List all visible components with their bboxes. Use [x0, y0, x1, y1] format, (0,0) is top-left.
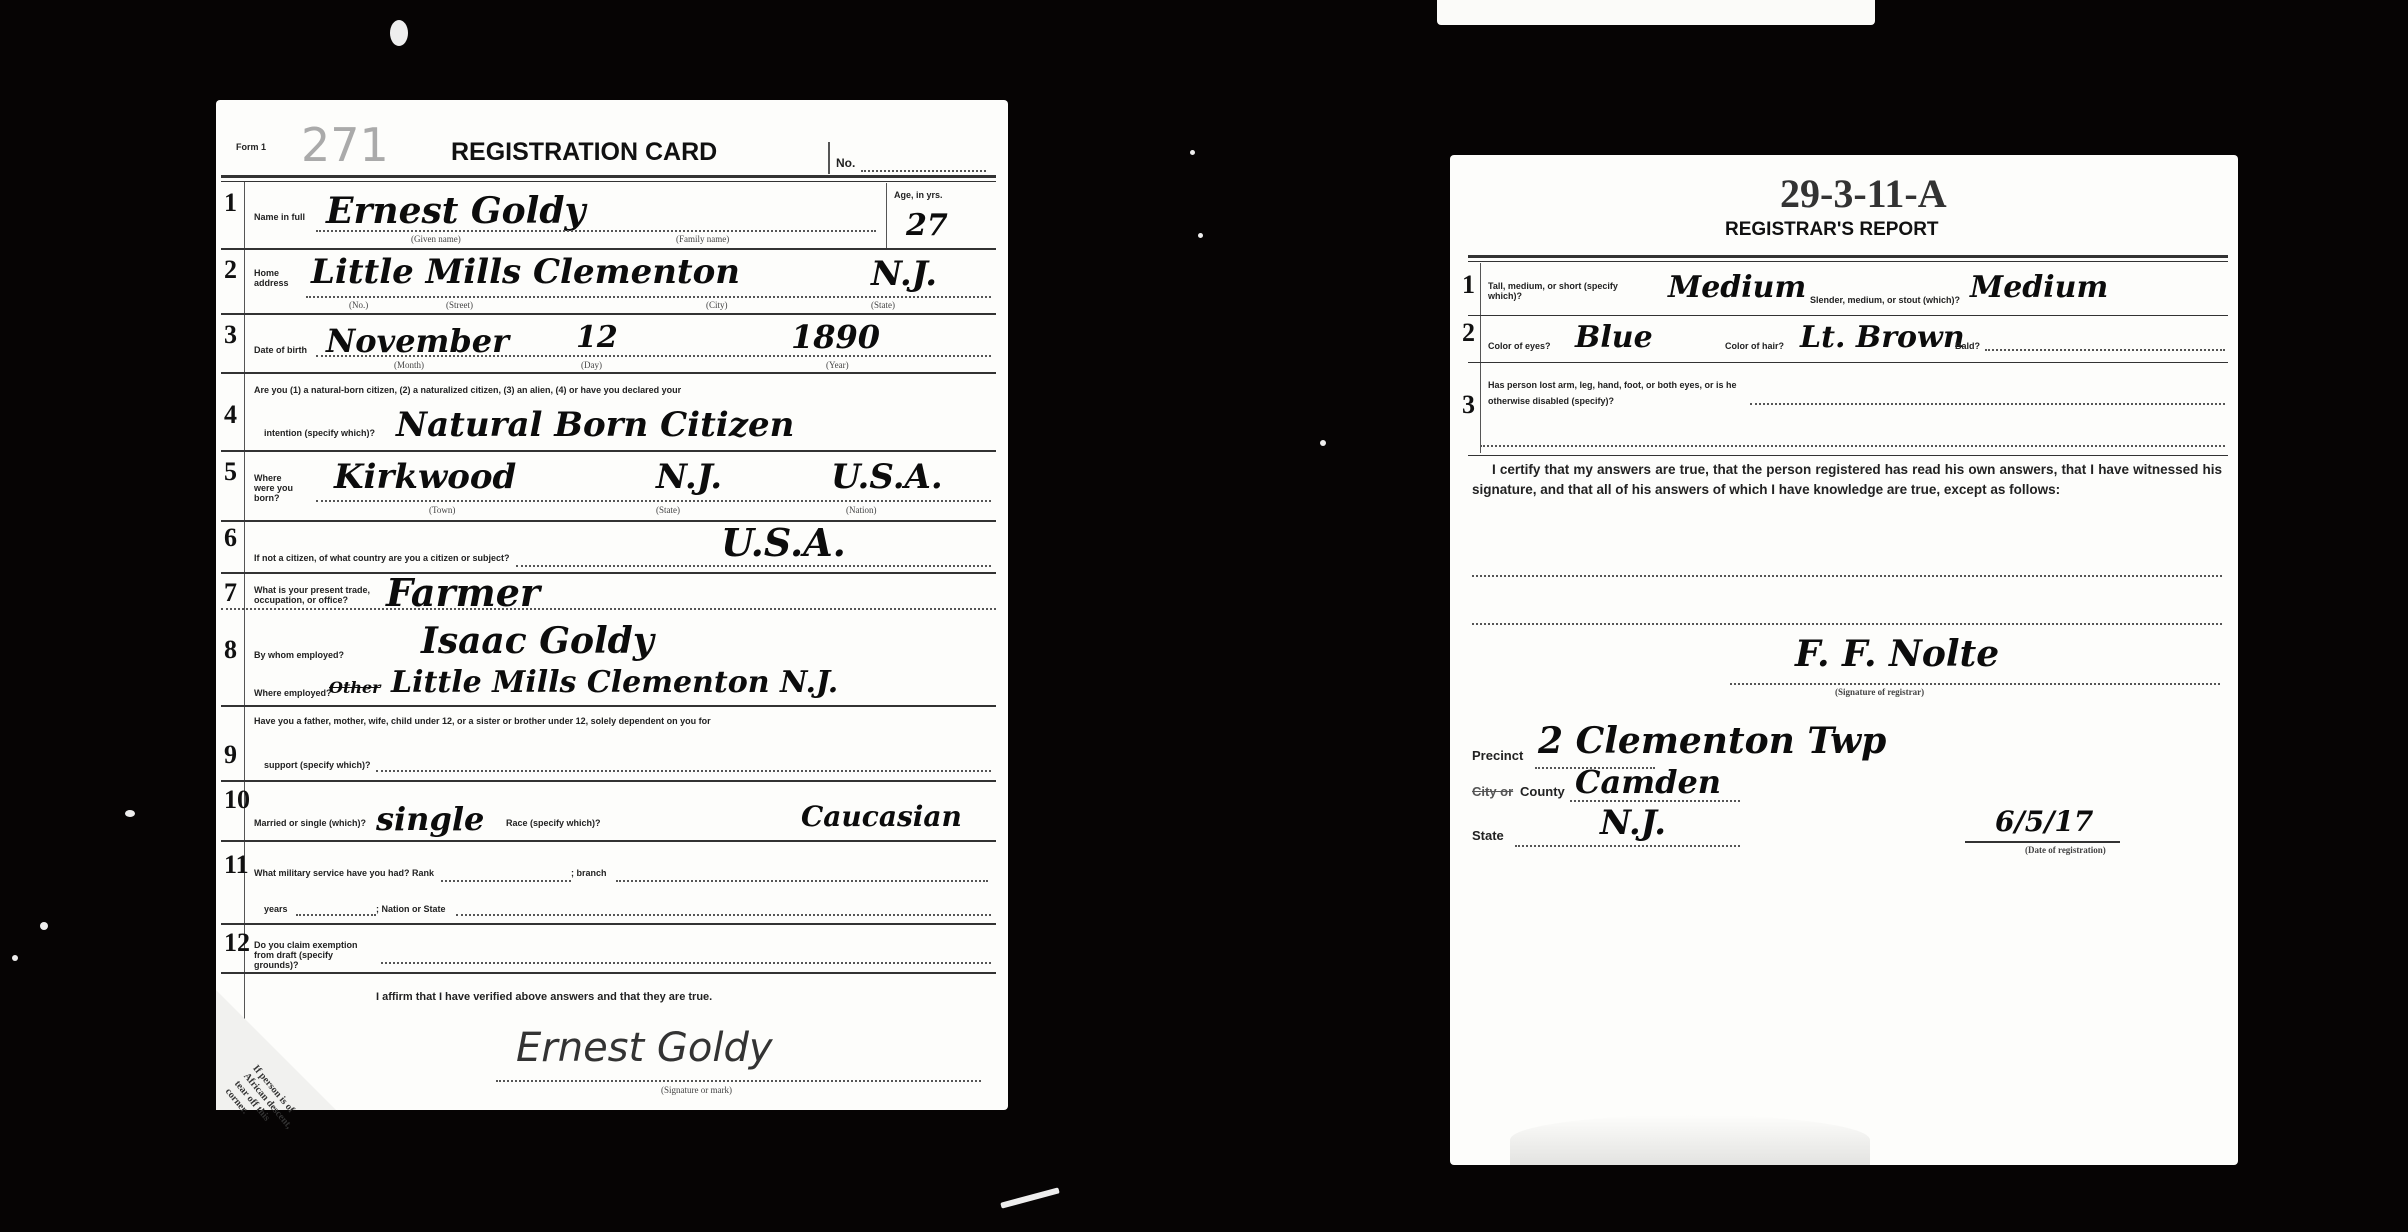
- home-address-label: Home address: [254, 268, 294, 288]
- town-caption: (Town): [429, 505, 455, 515]
- dob-year-value: 1890: [791, 318, 880, 356]
- county-value: Camden: [1575, 763, 1721, 801]
- occupation-label: What is your present trade, occupation, …: [254, 585, 394, 605]
- registrant-signature: Ernest Goldy: [516, 1025, 773, 1071]
- hair-color-label: Color of hair?: [1725, 341, 1784, 351]
- name-value: Ernest Goldy: [326, 190, 585, 232]
- birth-town-value: Kirkwood: [334, 457, 516, 497]
- military-branch-label: ; branch: [571, 868, 607, 878]
- card-title: REGISTRATION CARD: [451, 138, 717, 167]
- state-caption: (State): [871, 300, 895, 310]
- home-address-value: Little Mills Clementon: [311, 252, 740, 292]
- intention-label: intention (specify which)?: [264, 428, 375, 438]
- citizenship-value: Natural Born Citizen: [396, 405, 794, 445]
- row-number: 5: [224, 457, 237, 487]
- state-label: State: [1472, 831, 1504, 841]
- military-rank-label: What military service have you had? Rank: [254, 868, 434, 878]
- support-label: support (specify which)?: [264, 760, 371, 770]
- build-value: Medium: [1970, 270, 2108, 305]
- city-caption: (City): [706, 300, 728, 310]
- bald-label: Bald?: [1955, 341, 1980, 351]
- film-speck: [40, 922, 48, 930]
- exemption-label: Do you claim exemption from draft (speci…: [254, 940, 374, 970]
- day-caption: (Day): [581, 360, 602, 370]
- row-number: 6: [224, 523, 237, 553]
- film-speck: [12, 955, 18, 961]
- row-number: 12: [224, 928, 250, 958]
- row-number: 8: [224, 635, 237, 665]
- number-label: No.: [836, 158, 855, 168]
- registrar-caption: (Signature of registrar): [1835, 687, 1924, 697]
- precinct-label: Precinct: [1472, 751, 1523, 761]
- scan-smudge: [1510, 1115, 1870, 1165]
- country-question: If not a citizen, of what country are yo…: [254, 553, 510, 563]
- employer-label: By whom employed?: [254, 650, 344, 660]
- film-speck: [1198, 233, 1203, 238]
- registration-date-caption: (Date of registration): [2025, 845, 2106, 855]
- adjacent-card-edge: [1437, 0, 1875, 25]
- dob-label: Date of birth: [254, 345, 307, 355]
- nation-caption: (Nation): [846, 505, 877, 515]
- registration-card: Form 1 271 REGISTRATION CARD No. 1 Name …: [216, 100, 1008, 1110]
- country-value: U.S.A.: [721, 520, 846, 565]
- employer-value: Isaac Goldy: [421, 620, 654, 662]
- name-label: Name in full: [254, 212, 305, 222]
- state-value: N.J.: [1600, 803, 1666, 843]
- report-serial: 29-3-11-A: [1780, 170, 1947, 217]
- given-name-caption: (Given name): [411, 234, 461, 244]
- film-speck: [1320, 440, 1326, 446]
- row-number: 3: [224, 320, 237, 350]
- citizenship-question: Are you (1) a natural-born citizen, (2) …: [254, 385, 681, 395]
- registrar-signature: F. F. Nolte: [1795, 633, 1999, 675]
- height-label: Tall, medium, or short (specify which)?: [1488, 281, 1648, 301]
- street-caption: (Street): [446, 300, 473, 310]
- height-value: Medium: [1668, 270, 1806, 305]
- month-caption: (Month): [394, 360, 424, 370]
- row-number: 2: [1462, 318, 1475, 348]
- marital-value: single: [376, 800, 484, 838]
- employment-place-label: Where employed?: [254, 688, 332, 698]
- row-number: 9: [224, 740, 237, 770]
- hair-color-value: Lt. Brown: [1800, 320, 1965, 355]
- row-number: 7: [224, 578, 237, 608]
- affirmation-text: I affirm that I have verified above answ…: [376, 992, 712, 1002]
- military-nation-label: ; Nation or State: [376, 904, 446, 914]
- film-speck: [390, 20, 408, 46]
- employment-place-value: Little Mills Clementon N.J.: [391, 665, 838, 700]
- dob-day-value: 12: [576, 320, 618, 355]
- certification-text: I certify that my answers are true, that…: [1472, 460, 2222, 500]
- row-number: 1: [224, 188, 237, 218]
- county-label: County: [1520, 787, 1565, 797]
- form-label: Form 1: [236, 142, 266, 152]
- disability-label: Has person lost arm, leg, hand, foot, or…: [1488, 377, 1768, 409]
- year-caption: (Year): [826, 360, 849, 370]
- film-speck: [1190, 150, 1195, 155]
- serial-pencil: 271: [301, 118, 389, 172]
- film-speck: [125, 810, 135, 817]
- row-number: 11: [224, 850, 249, 880]
- home-state-value: N.J.: [871, 254, 937, 294]
- birthplace-label: Where were you born?: [254, 473, 304, 503]
- registration-date-value: 6/5/17: [1995, 805, 2093, 838]
- row-number: 10: [224, 785, 250, 815]
- city-or-label-struck: City or: [1472, 787, 1513, 797]
- military-years-label: years: [264, 904, 288, 914]
- build-label: Slender, medium, or stout (which)?: [1810, 295, 1960, 305]
- row-number: 3: [1462, 390, 1475, 420]
- report-title: REGISTRAR'S REPORT: [1725, 219, 1939, 241]
- state-caption: (State): [656, 505, 680, 515]
- race-label: Race (specify which)?: [506, 818, 601, 828]
- age-value: 27: [906, 208, 948, 243]
- registrars-report-card: 29-3-11-A REGISTRAR'S REPORT 1 Tall, med…: [1450, 155, 2238, 1165]
- birth-nation-value: U.S.A.: [831, 457, 943, 497]
- struck-text: Other: [329, 678, 381, 697]
- signature-caption: (Signature or mark): [661, 1085, 732, 1095]
- row-number: 2: [224, 255, 237, 285]
- eye-color-value: Blue: [1575, 320, 1653, 355]
- race-value: Caucasian: [801, 800, 962, 833]
- marital-label: Married or single (which)?: [254, 818, 366, 828]
- age-label: Age, in yrs.: [894, 190, 943, 200]
- eye-color-label: Color of eyes?: [1488, 341, 1551, 351]
- family-name-caption: (Family name): [676, 234, 729, 244]
- row-number: 4: [224, 400, 237, 430]
- dependents-question: Have you a father, mother, wife, child u…: [254, 716, 711, 726]
- precinct-value: 2 Clementon Twp: [1538, 720, 1886, 762]
- film-speck: [1000, 1187, 1060, 1208]
- row-number: 1: [1462, 270, 1475, 300]
- no-caption: (No.): [349, 300, 368, 310]
- birth-state-value: N.J.: [656, 457, 722, 497]
